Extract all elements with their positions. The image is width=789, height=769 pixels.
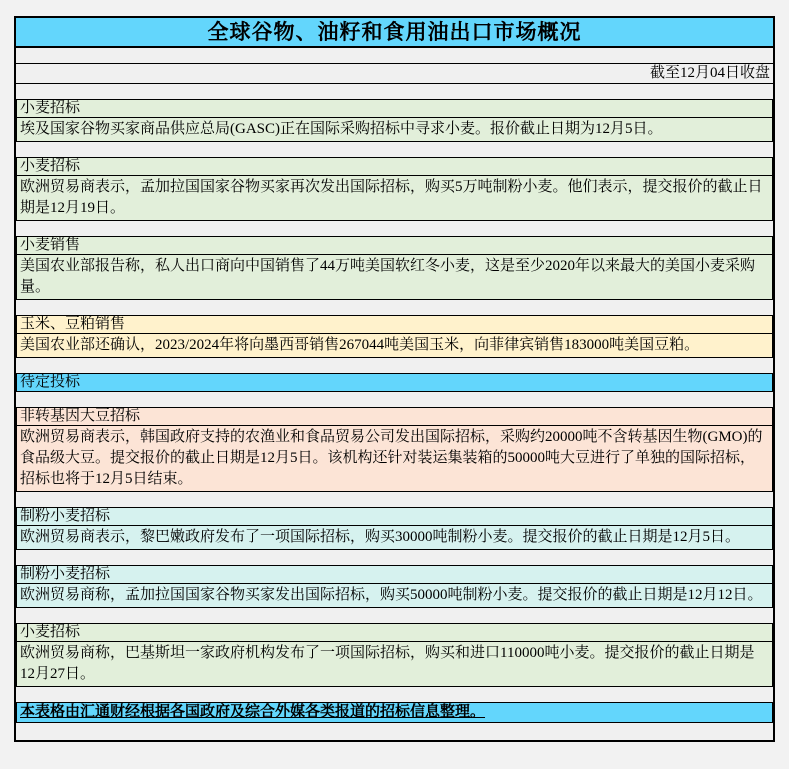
section-title-cell: 非转基因大豆招标 — [17, 408, 772, 426]
section-body-cell: 欧洲贸易商称，孟加拉国国家谷物买家发出国际招标，购买50000吨制粉小麦。提交报… — [17, 584, 772, 607]
spacer-row — [16, 723, 773, 740]
spacer-row — [16, 358, 773, 373]
spacer-row — [16, 550, 773, 565]
section-title-cell: 制粉小麦招标 — [17, 566, 772, 584]
spacer-row — [16, 492, 773, 507]
sections-container: 小麦招标埃及国家谷物买家商品供应总局(GASC)正在国际采购招标中寻求小麦。报价… — [16, 84, 773, 687]
spacer-row — [16, 608, 773, 623]
section-body-cell: 欧洲贸易商表示，孟加拉国国家谷物买家再次发出国际招标，购买5万吨制粉小麦。他们表… — [17, 176, 772, 220]
news-section: 非转基因大豆招标欧洲贸易商表示，韩国政府支持的农渔业和食品贸易公司发出国际招标，… — [16, 407, 773, 492]
news-section: 小麦招标欧洲贸易商称，巴基斯坦一家政府机构发布了一项国际招标，购买和进口1100… — [16, 623, 773, 687]
market-overview-table: 全球谷物、油籽和食用油出口市场概况 截至12月04日收盘 小麦招标埃及国家谷物买… — [14, 16, 775, 742]
news-section: 小麦招标欧洲贸易商表示，孟加拉国国家谷物买家再次发出国际招标，购买5万吨制粉小麦… — [16, 157, 773, 221]
spacer-row — [16, 142, 773, 157]
news-section: 小麦销售美国农业部报告称，私人出口商向中国销售了44万吨美国软红冬小麦，这是至少… — [16, 236, 773, 300]
news-section: 玉米、豆粕销售美国农业部还确认，2023/2024年将向墨西哥销售267044吨… — [16, 315, 773, 358]
as-of-date: 截至12月04日收盘 — [16, 63, 773, 84]
news-section: 制粉小麦招标欧洲贸易商表示，黎巴嫩政府发布了一项国际招标，购买30000吨制粉小… — [16, 507, 773, 550]
spacer-row — [16, 300, 773, 315]
source-note: 本表格由汇通财经根据各国政府及综合外媒各类报道的招标信息整理。 — [16, 702, 773, 723]
section-title-cell: 小麦销售 — [17, 237, 772, 255]
news-section: 小麦招标埃及国家谷物买家商品供应总局(GASC)正在国际采购招标中寻求小麦。报价… — [16, 99, 773, 142]
section-body-cell: 埃及国家谷物买家商品供应总局(GASC)正在国际采购招标中寻求小麦。报价截止日期… — [17, 118, 772, 141]
spacer-row — [16, 48, 773, 63]
table-title: 全球谷物、油籽和食用油出口市场概况 — [16, 18, 773, 48]
news-section: 制粉小麦招标欧洲贸易商称，孟加拉国国家谷物买家发出国际招标，购买50000吨制粉… — [16, 565, 773, 608]
spacer-row — [16, 84, 773, 99]
section-body-cell: 欧洲贸易商称，巴基斯坦一家政府机构发布了一项国际招标，购买和进口110000吨小… — [17, 642, 772, 686]
section-title-cell: 小麦招标 — [17, 158, 772, 176]
spacer-row — [16, 687, 773, 702]
section-body-cell: 欧洲贸易商表示，韩国政府支持的农渔业和食品贸易公司发出国际招标，采购约20000… — [17, 426, 772, 491]
spacer-row — [16, 392, 773, 407]
section-body-cell: 美国农业部还确认，2023/2024年将向墨西哥销售267044吨美国玉米，向菲… — [17, 334, 772, 357]
section-title-cell: 小麦招标 — [17, 100, 772, 118]
spacer-row — [16, 221, 773, 236]
section-body-cell: 欧洲贸易商表示，黎巴嫩政府发布了一项国际招标，购买30000吨制粉小麦。提交报价… — [17, 526, 772, 549]
pending-tenders-banner: 待定投标 — [16, 373, 773, 392]
section-title-cell: 制粉小麦招标 — [17, 508, 772, 526]
section-title-cell: 小麦招标 — [17, 624, 772, 642]
section-body-cell: 美国农业部报告称，私人出口商向中国销售了44万吨美国软红冬小麦，这是至少2020… — [17, 255, 772, 299]
section-title-cell: 玉米、豆粕销售 — [17, 316, 772, 334]
